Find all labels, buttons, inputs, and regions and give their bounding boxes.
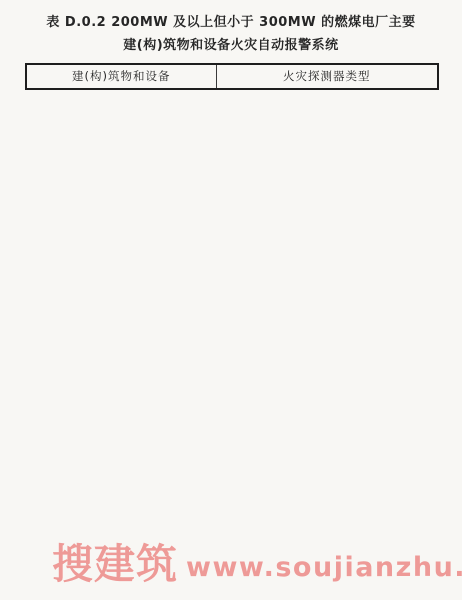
document-page: 表 D.0.2 200MW 及以上但小于 300MW 的燃煤电厂主要 建(构)筑… [0,0,462,600]
table-caption-line1: 表 D.0.2 200MW 及以上但小于 300MW 的燃煤电厂主要 [0,11,462,34]
header-building: 建(构)筑物和设备 [26,64,216,89]
header-detector: 火灾探测器类型 [216,64,438,89]
table-caption-line2: 建(构)筑物和设备火灾自动报警系统 [0,34,462,57]
watermark: 搜建筑 www.soujianzhu.cn [52,544,462,585]
watermark-cn-text: 搜建筑 [52,544,178,585]
table-caption: 表 D.0.2 200MW 及以上但小于 300MW 的燃煤电厂主要 建(构)筑… [0,0,462,58]
fire-alarm-table: 建(构)筑物和设备 火灾探测器类型 [25,63,439,90]
watermark-url: www.soujianzhu.cn [186,549,462,581]
header-row: 建(构)筑物和设备 火灾探测器类型 [26,64,438,89]
